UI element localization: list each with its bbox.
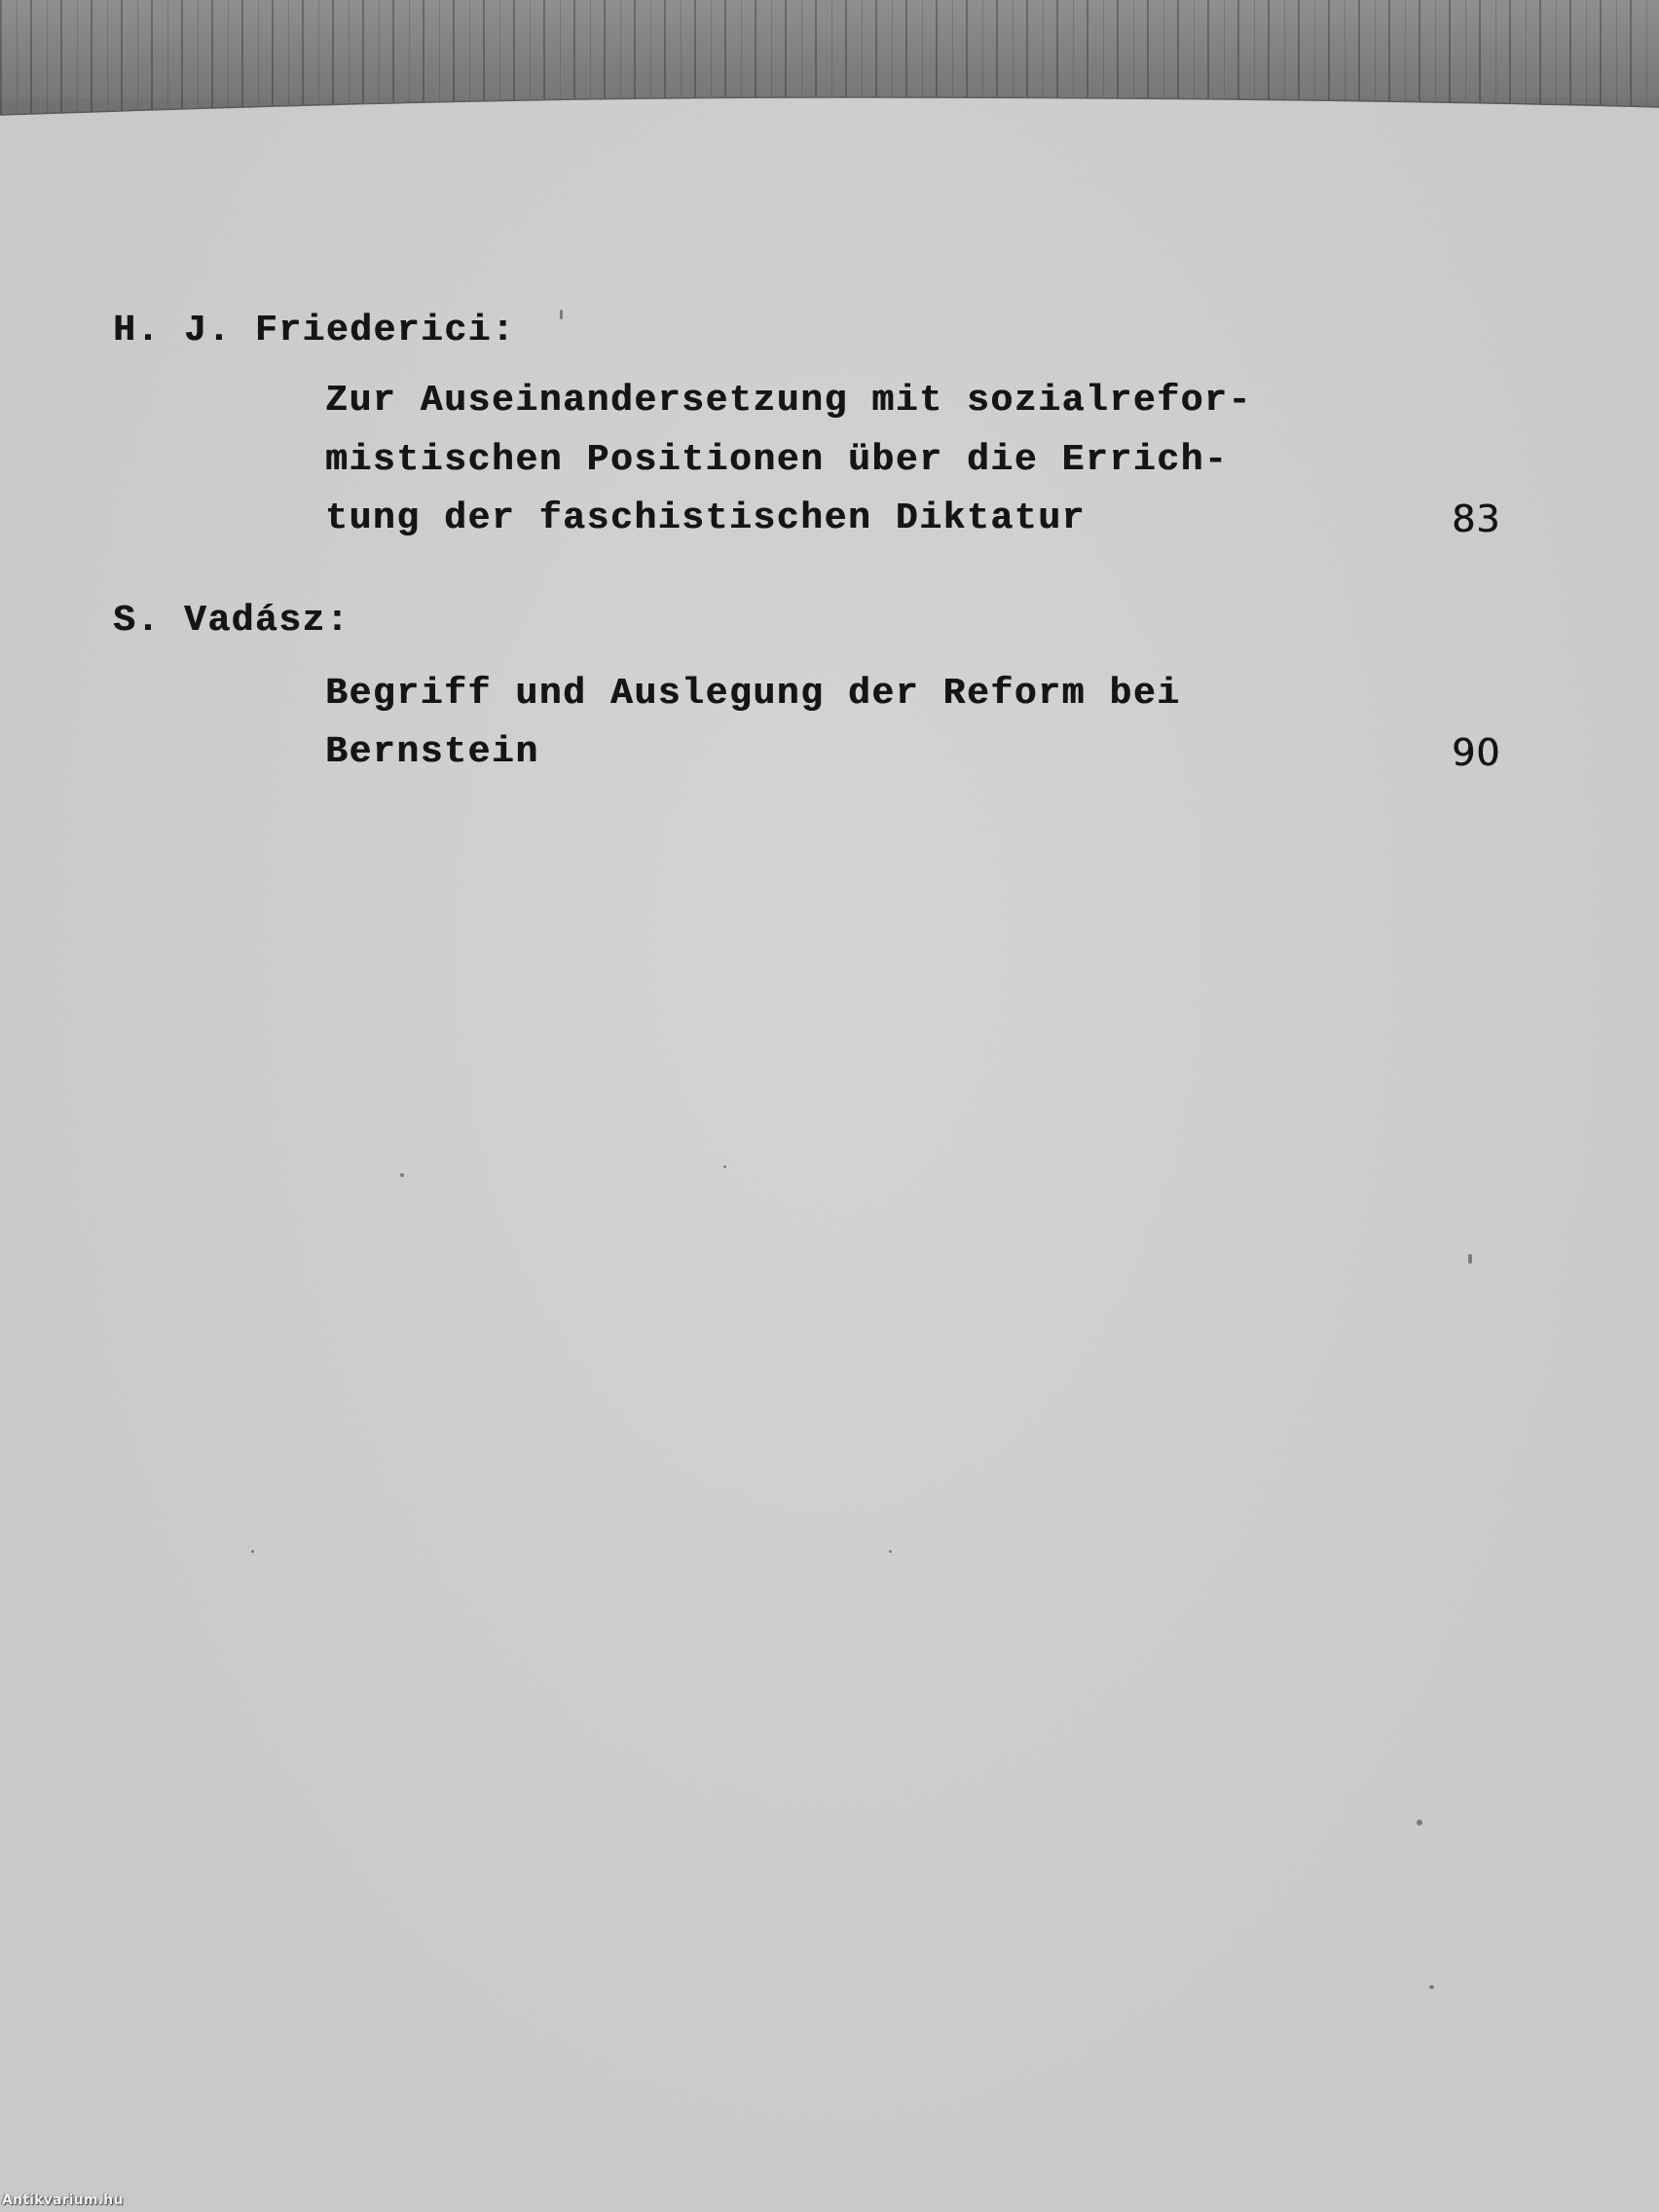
watermark: Antikvarium.hu bbox=[2, 2193, 124, 2208]
entry-title-line: tung der faschistischen Diktatur bbox=[325, 498, 1086, 539]
entry-page-number: 90 bbox=[1452, 731, 1500, 774]
entry-title-line: Bernstein bbox=[325, 731, 539, 773]
entry-page-number: 83 bbox=[1452, 498, 1500, 540]
entry-author: S. Vadász: bbox=[113, 600, 350, 642]
entry-author: H. J. Friederici: bbox=[113, 310, 515, 351]
entry-title-line: Begriff und Auslegung der Reform bei bbox=[325, 673, 1181, 715]
entry-title-line: mistischen Positionen über die Errich- bbox=[325, 439, 1228, 481]
entry-title-line: Zur Auseinandersetzung mit sozialrefor- bbox=[325, 380, 1252, 422]
table-of-contents: H. J. Friederici: Zur Auseinandersetzung… bbox=[0, 0, 1659, 2212]
